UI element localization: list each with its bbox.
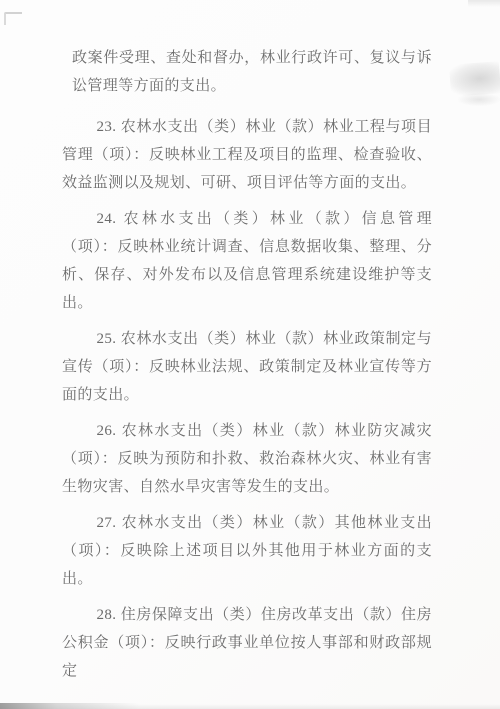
scan-corner-artifact (4, 12, 22, 25)
scan-smudge-artifact (449, 61, 500, 96)
scan-smudge-artifact-secondary (458, 93, 500, 106)
scan-bottom-left-shadow (0, 703, 140, 709)
scan-top-edge-artifact (468, 0, 500, 7)
paragraph-item-23: 23. 农林水支出（类）林业（款）林业工程与项目管理（项）：反映林业工程及项目的… (62, 113, 432, 197)
paragraph-item-28: 28. 住房保障支出（类）住房改革支出（款）住房公积金（项）：反映行政事业单位按… (62, 601, 432, 685)
scanned-document-page: 政案件受理、查处和督办，林业行政许可、复议与诉讼管理等方面的支出。 23. 农林… (0, 0, 500, 709)
document-text-block: 政案件受理、查处和督办，林业行政许可、复议与诉讼管理等方面的支出。 23. 农林… (62, 44, 432, 693)
paragraph-item-25: 25. 农林水支出（类）林业（款）林业政策制定与宣传（项）：反映林业法规、政策制… (62, 325, 432, 409)
paragraph-item-26: 26. 农林水支出（类）林业（款）林业防灾减灾（项）：反映为预防和扑救、救治森林… (62, 417, 432, 501)
paragraph-continuation: 政案件受理、查处和督办，林业行政许可、复议与诉讼管理等方面的支出。 (72, 44, 432, 100)
paragraph-item-24: 24. 农林水支出（类）林业（款）信息管理（项）：反映林业统计调查、信息数据收集… (62, 205, 432, 317)
paragraph-item-27: 27. 农林水支出（类）林业（款）其他林业支出（项）：反映除上述项目以外其他用于… (62, 509, 432, 593)
